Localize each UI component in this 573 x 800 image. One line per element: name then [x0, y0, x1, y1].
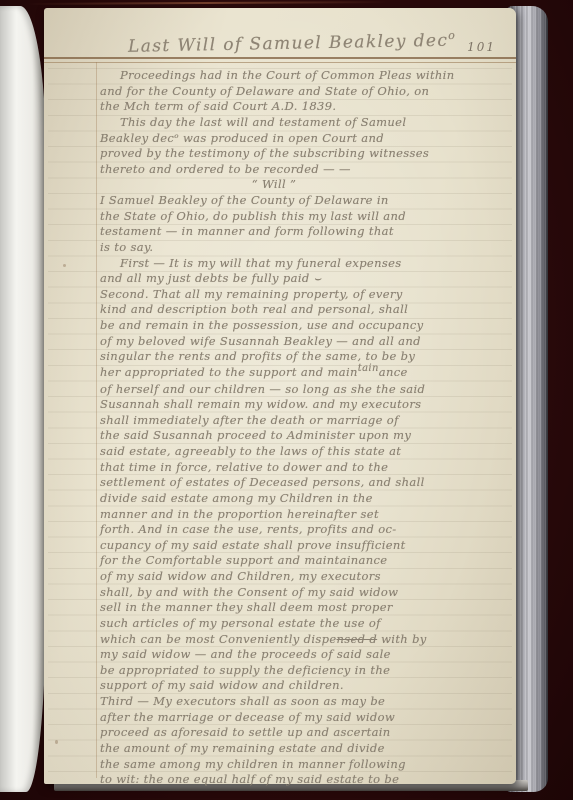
- manuscript-line: such articles of my personal estate the …: [100, 616, 508, 632]
- manuscript-line: proceed as aforesaid to settle up and as…: [100, 725, 508, 741]
- manuscript-line: the said Susannah proceed to Administer …: [100, 428, 508, 444]
- manuscript-line: singular the rents and profits of the sa…: [100, 349, 508, 365]
- manuscript-line: thereto and ordered to be recorded — —: [100, 162, 508, 178]
- manuscript-line: sell in the manner they shall deem most …: [100, 600, 508, 616]
- manuscript-line: cupancy of my said estate shall prove in…: [100, 538, 508, 554]
- page-number: 101: [467, 40, 496, 54]
- manuscript-line: Second. That all my remaining property, …: [100, 287, 508, 303]
- book-cover-highlight: [28, 1, 388, 5]
- manuscript-line: forth. And in case the use, rents, profi…: [100, 522, 508, 538]
- manuscript-line: the Mch term of said Court A.D. 1839.: [100, 99, 508, 115]
- manuscript-line: support of my said widow and children.: [100, 678, 508, 694]
- manuscript-line: testament — in manner and form following…: [100, 224, 508, 240]
- header-rule-thin: [44, 62, 516, 63]
- manuscript-line: her appropriated to the support and main…: [100, 365, 508, 382]
- paper-speck: [55, 740, 58, 744]
- line-segment: which can be most Conveniently dispe: [100, 632, 337, 646]
- header-rule-thick: [44, 57, 516, 59]
- manuscript-line: divide said estate among my Children in …: [100, 491, 508, 507]
- manuscript-line: shall immediately after the death or mar…: [100, 413, 508, 429]
- line-segment: ance: [379, 365, 408, 379]
- struck-text: nsed d: [337, 632, 378, 646]
- manuscript-line: be appropriated to supply the deficiency…: [100, 663, 508, 679]
- manuscript-line: Proceedings had in the Court of Common P…: [100, 68, 508, 84]
- manuscript-line: Third — My executors shall as soon as ma…: [100, 694, 508, 710]
- margin-rule: [96, 62, 97, 778]
- manuscript-line: which can be most Conveniently dispensed…: [100, 632, 508, 648]
- manuscript-line: the amount of my remaining estate and di…: [100, 741, 508, 757]
- manuscript-line: “ Will ”: [100, 177, 508, 193]
- manuscript-page: Last Will of Samuel Beakley deco 101 Pro…: [44, 8, 516, 784]
- manuscript-line: Susannah shall remain my widow. and my e…: [100, 397, 508, 413]
- manuscript-line: of my said widow and Children, my execut…: [100, 569, 508, 585]
- manuscript-line: settlement of estates of Deceased person…: [100, 475, 508, 491]
- manuscript-line: of my beloved wife Susannah Beakley — an…: [100, 334, 508, 350]
- manuscript-line: is to say.: [100, 240, 508, 256]
- manuscript-line: the State of Ohio, do publish this my la…: [100, 209, 508, 225]
- manuscript-line: and for the County of Delaware and State…: [100, 84, 508, 100]
- manuscript-line: to wit: the one equal half of my said es…: [100, 772, 508, 788]
- line-segment: with by: [377, 632, 427, 646]
- manuscript-line: said estate, agreeably to the laws of th…: [100, 444, 508, 460]
- manuscript-text: Proceedings had in the Court of Common P…: [100, 68, 508, 780]
- manuscript-line: that time in force, relative to dower an…: [100, 460, 508, 476]
- manuscript-line: manner and in the proportion hereinafter…: [100, 507, 508, 523]
- page-title-superscript: o: [448, 29, 456, 42]
- manuscript-line: shall, by and with the Consent of my sai…: [100, 585, 508, 601]
- manuscript-line: for the Comfortable support and maintain…: [100, 553, 508, 569]
- manuscript-line: Beakley decᵒ was produced in open Court …: [100, 131, 508, 147]
- manuscript-line: This day the last will and testament of …: [100, 115, 508, 131]
- manuscript-line: proved by the testimony of the subscribi…: [100, 146, 508, 162]
- manuscript-line: I Samuel Beakley of the County of Delawa…: [100, 193, 508, 209]
- manuscript-line: be and remain in the possession, use and…: [100, 318, 508, 334]
- manuscript-line: and all my just debts be fully paid ⌣: [100, 271, 508, 287]
- manuscript-line: kind and description both real and perso…: [100, 302, 508, 318]
- left-page-edges: [0, 6, 46, 792]
- line-segment: her appropriated to the support and main: [100, 365, 358, 379]
- photograph-of-record-book: Last Will of Samuel Beakley deco 101 Pro…: [0, 0, 573, 800]
- paper-speck: [63, 264, 66, 267]
- manuscript-line: the same among my children in manner fol…: [100, 757, 508, 773]
- manuscript-line: First — It is my will that my funeral ex…: [100, 256, 508, 272]
- manuscript-line: after the marriage or decease of my said…: [100, 710, 508, 726]
- manuscript-line: of herself and our children — so long as…: [100, 382, 508, 398]
- manuscript-line: my said widow — and the proceeds of said…: [100, 647, 508, 663]
- caret-insertion: tain: [358, 361, 379, 377]
